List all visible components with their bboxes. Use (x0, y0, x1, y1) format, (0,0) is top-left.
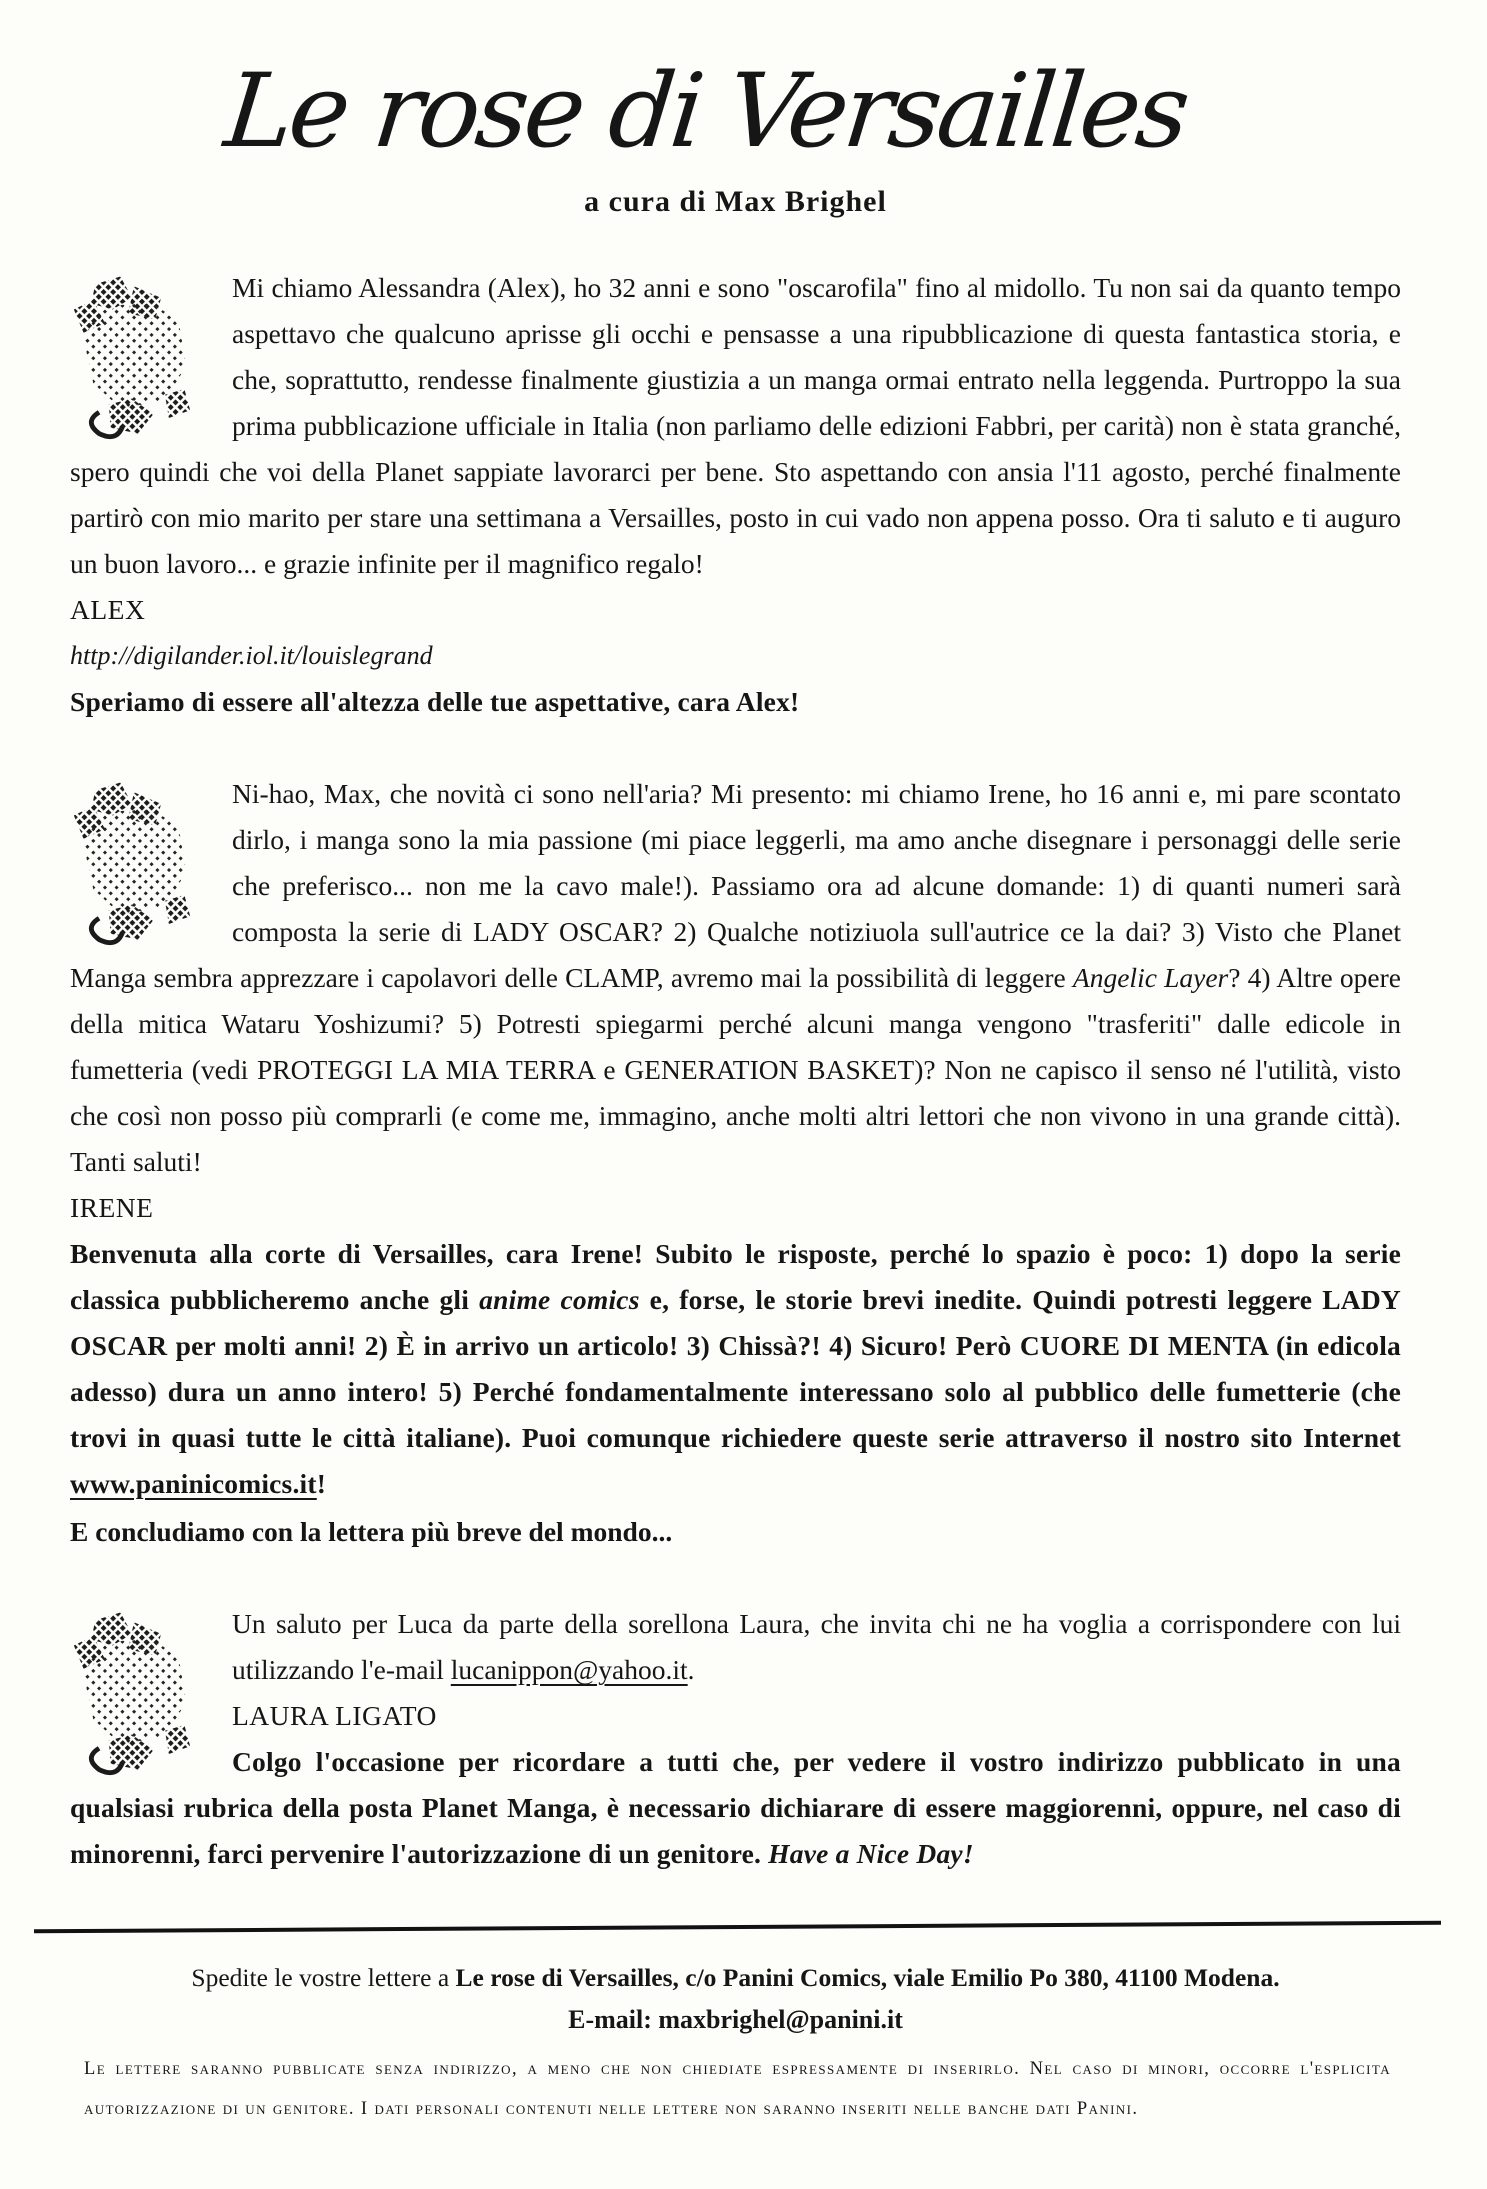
editor-reply-laura: Colgo l'occasione per ricordare a tutti … (70, 1739, 1401, 1877)
letter-text: ? 4) Altre opere della mitica Wataru Yos… (70, 962, 1401, 1177)
letter-laura-body: Un saluto per Luca da parte della sorell… (70, 1601, 1401, 1693)
email-label: E-mail: (568, 2005, 658, 2034)
reply-text: Colgo l'occasione per ricordare a tutti … (70, 1746, 1401, 1869)
editor-closing-line: E concludiamo con la lettera più breve d… (70, 1509, 1401, 1555)
editor-reply-alex: Speriamo di essere all'altezza delle tue… (70, 679, 1401, 725)
letter-laura-signature: LAURA LIGATO (70, 1693, 1401, 1739)
column-name: Le rose di Versailles (456, 1963, 673, 1992)
letter-text: . (688, 1654, 695, 1685)
footer-text: Spedite le vostre lettere a (191, 1963, 455, 1992)
website-url: www.paninicomics.it (70, 1468, 317, 1499)
page-footer: Spedite le vostre lettere a Le rose di V… (70, 1957, 1401, 2129)
page-title: Le rose di Versailles (64, 52, 1348, 171)
letter-laura: Un saluto per Luca da parte della sorell… (70, 1601, 1401, 1877)
letter-text: Ni-hao, Max, che novità ci sono nell'ari… (70, 778, 1401, 993)
page-header: Le rose di Versailles a cura di Max Brig… (70, 52, 1401, 219)
footer-address: , c/o Panini Comics, viale Emilio Po 380… (673, 1963, 1280, 1992)
editor-email-address: maxbrighel@panini.it (658, 2005, 903, 2034)
letter-irene-body: Ni-hao, Max, che novità ci sono nell'ari… (70, 771, 1401, 1185)
footer-legal-notice: Le lettere saranno pubblicate senza indi… (84, 2049, 1391, 2129)
italic-have-a-nice-day: Have a Nice Day! (768, 1838, 974, 1869)
reply-text: Speriamo di essere all'altezza delle tue… (70, 686, 799, 717)
rose-icon (70, 779, 196, 947)
letter-alex: Mi chiamo Alessandra (Alex), ho 32 anni … (70, 265, 1401, 725)
italic-term-anime-comics: anime comics (479, 1284, 639, 1315)
editor-reply-irene: Benvenuta alla corte di Versailles, cara… (70, 1231, 1401, 1507)
letter-text: Mi chiamo Alessandra (Alex), ho 32 anni … (70, 272, 1401, 579)
reply-text: ! (317, 1468, 326, 1499)
footer-divider (34, 1921, 1441, 1934)
letter-alex-signature: ALEX (70, 587, 1401, 633)
letter-text: Un saluto per Luca da parte della sorell… (232, 1608, 1401, 1685)
rose-icon (70, 1609, 196, 1777)
letter-alex-url: http://digilander.iol.it/louislegrand (70, 633, 1401, 679)
italic-title-angelic-layer: Angelic Layer (1073, 962, 1228, 993)
magazine-letters-page: Le rose di Versailles a cura di Max Brig… (0, 0, 1487, 2189)
footer-send-line: Spedite le vostre lettere a Le rose di V… (70, 1957, 1401, 1999)
letter-irene: Ni-hao, Max, che novità ci sono nell'ari… (70, 771, 1401, 1555)
curator-byline: a cura di Max Brighel (70, 185, 1401, 219)
rose-icon (70, 273, 196, 441)
footer-email-line: E-mail: maxbrighel@panini.it (70, 1999, 1401, 2041)
letter-irene-signature: IRENE (70, 1185, 1401, 1231)
letter-alex-body: Mi chiamo Alessandra (Alex), ho 32 anni … (70, 265, 1401, 587)
email-address: lucanippon@yahoo.it (451, 1654, 688, 1685)
